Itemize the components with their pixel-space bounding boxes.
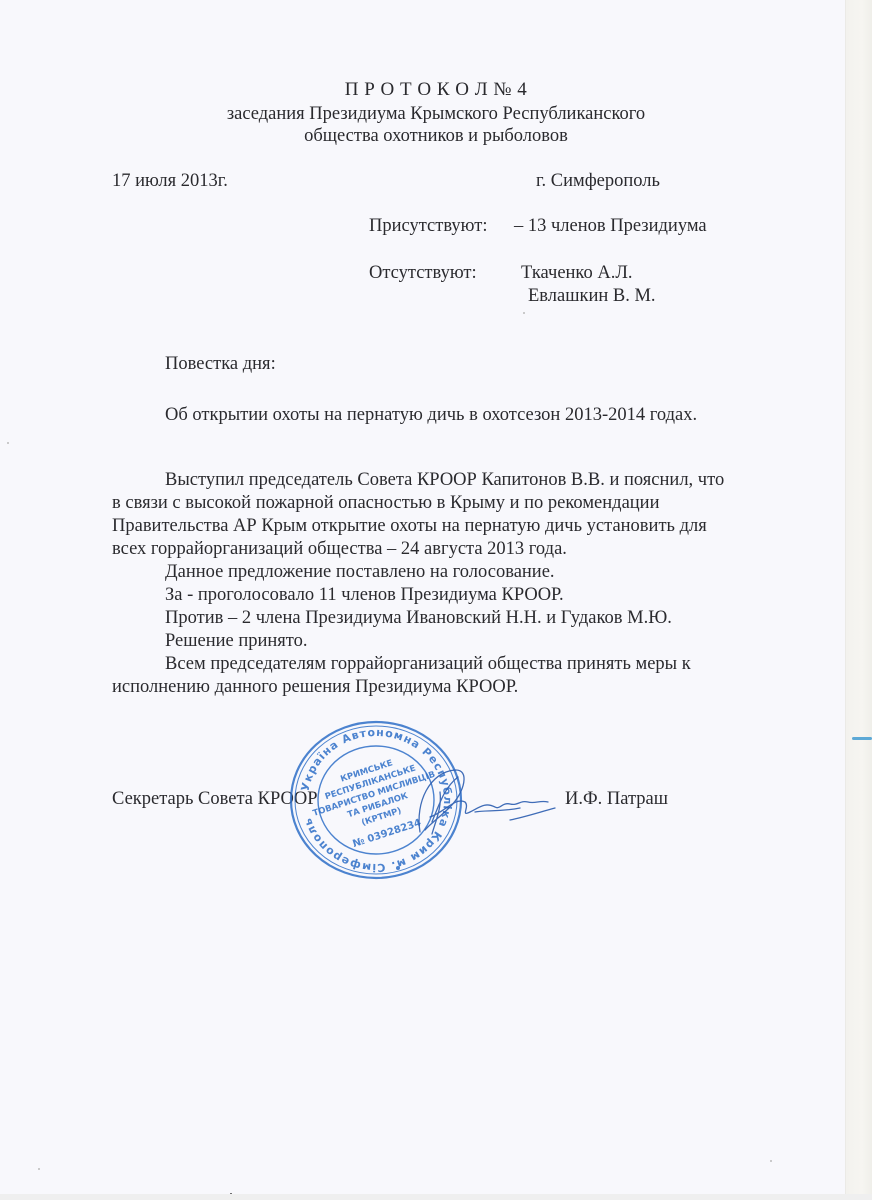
absent-label: Отсутствуют: bbox=[369, 262, 477, 284]
document-date: 17 июля 2013г. bbox=[112, 170, 228, 192]
body-line: всех горрайорганизаций общества – 24 авг… bbox=[112, 538, 567, 560]
body-line: Выступил председатель Совета КРООР Капит… bbox=[165, 469, 724, 491]
absent-member: Ткаченко А.Л. bbox=[521, 262, 633, 284]
vote-line: Данное предложение поставлено на голосов… bbox=[165, 561, 555, 583]
page-bottom-edge bbox=[0, 1194, 872, 1200]
paper-speck bbox=[523, 312, 525, 314]
document-page: П Р О Т О К О Л № 4 заседания Президиума… bbox=[0, 0, 845, 1194]
present-label: Присутствуют: bbox=[369, 215, 488, 237]
document-title: П Р О Т О К О Л № 4 bbox=[186, 79, 686, 101]
document-subtitle-line2: общества охотников и рыболовов bbox=[136, 125, 736, 147]
agenda-label: Повестка дня: bbox=[165, 353, 276, 375]
signature-name: И.Ф. Патраш bbox=[565, 788, 668, 810]
paper-speck bbox=[7, 442, 9, 444]
present-value: – 13 членов Президиума bbox=[514, 215, 707, 237]
signature-label: Секретарь Совета КРООР bbox=[112, 788, 318, 810]
paper-speck bbox=[38, 1168, 40, 1170]
paper-speck bbox=[770, 1160, 772, 1162]
closing-line: исполнению данного решения Президиума КР… bbox=[112, 676, 518, 698]
absent-member: Евлашкин В. М. bbox=[528, 285, 656, 307]
document-city: г. Симферополь bbox=[536, 170, 660, 192]
vote-line: Всем председателям горрайорганизаций общ… bbox=[165, 653, 691, 675]
body-line: Правительства АР Крым открытие охоты на … bbox=[112, 515, 707, 537]
page-edge bbox=[845, 0, 872, 1200]
agenda-item: Об открытии охоты на пернатую дичь в охо… bbox=[165, 404, 697, 426]
ink-mark bbox=[852, 737, 872, 740]
vote-line: Решение принято. bbox=[165, 630, 308, 652]
document-subtitle-line1: заседания Президиума Крымского Республик… bbox=[136, 103, 736, 125]
vote-line: За - проголосовало 11 членов Президиума … bbox=[165, 584, 564, 606]
signature-scrawl bbox=[370, 762, 560, 842]
vote-line: Против – 2 члена Президиума Ивановский Н… bbox=[165, 607, 672, 629]
body-line: в связи с высокой пожарной опасностью в … bbox=[112, 492, 659, 514]
